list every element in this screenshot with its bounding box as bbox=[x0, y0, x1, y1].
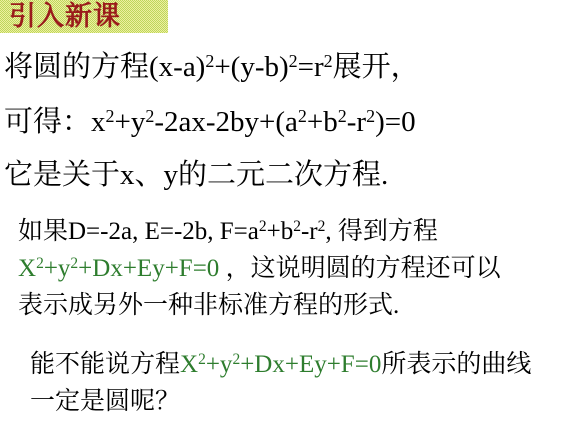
text-segment: )=0 bbox=[375, 106, 416, 138]
superscript: 2 bbox=[232, 351, 240, 368]
superscript: 2 bbox=[36, 255, 44, 272]
text-line-expanded-equation: 可得：x2+y2-2ax-2by+(a2+b2-r2)=0 bbox=[4, 107, 416, 137]
superscript: 2 bbox=[293, 218, 301, 235]
superscript: 2 bbox=[318, 218, 326, 235]
text-segment: 能不能说方程 bbox=[30, 351, 180, 378]
text-segment: 将圆的方程(x-a) bbox=[4, 51, 205, 83]
text-line-question-part1: 能不能说方程X2+y2+Dx+Ey+F=0所表示的曲线 bbox=[30, 352, 531, 378]
superscript: 2 bbox=[289, 51, 298, 71]
text-segment: +y bbox=[44, 255, 71, 282]
text-segment: +(y-b) bbox=[214, 51, 288, 83]
text-line-substitution: 如果D=-2a, E=-2b, F=a2+b2-r2, 得到方程 bbox=[18, 219, 438, 245]
text-segment: -r bbox=[301, 218, 318, 245]
text-segment: X bbox=[18, 255, 36, 282]
text-segment: +Dx+Ey+F=0 bbox=[78, 255, 219, 282]
text-line-expand-intro: 将圆的方程(x-a)2+(y-b)2=r2展开， bbox=[4, 52, 420, 82]
presentation-slide: 引入新课 将圆的方程(x-a)2+(y-b)2=r2展开， 可得：x2+y2-2… bbox=[0, 0, 570, 422]
text-segment: 展开， bbox=[333, 51, 420, 83]
text-segment: 一定是圆呢？ bbox=[30, 388, 180, 415]
superscript: 2 bbox=[70, 255, 78, 272]
text-segment: =r bbox=[298, 51, 324, 83]
text-segment: +y bbox=[115, 106, 146, 138]
text-line-question-part2: 一定是圆呢？ bbox=[30, 389, 180, 415]
superscript: 2 bbox=[338, 106, 347, 126]
text-segment: +Dx+Ey+F=0 bbox=[240, 351, 381, 378]
page-title: 引入新课 bbox=[0, 3, 121, 30]
superscript: 2 bbox=[324, 51, 333, 71]
text-segment: 可得：x bbox=[4, 106, 106, 138]
superscript: 2 bbox=[106, 106, 115, 126]
text-segment: -2ax-2by+(a bbox=[154, 106, 298, 138]
text-segment: +y bbox=[206, 351, 233, 378]
superscript: 2 bbox=[198, 351, 206, 368]
superscript: 2 bbox=[259, 218, 267, 235]
superscript: 2 bbox=[205, 51, 214, 71]
text-segment: +b bbox=[267, 218, 294, 245]
superscript: 2 bbox=[298, 106, 307, 126]
text-segment: 它是关于x、y的二元二次方程. bbox=[4, 159, 388, 191]
text-line-nonstandard-form: 表示成另外一种非标准方程的形式. bbox=[18, 293, 399, 319]
title-banner: 引入新课 bbox=[0, 0, 168, 33]
text-line-quadratic-statement: 它是关于x、y的二元二次方程. bbox=[4, 160, 388, 190]
text-segment: ，这说明圆的方程还可以 bbox=[219, 255, 500, 282]
text-segment: 表示成另外一种非标准方程的形式. bbox=[18, 292, 399, 319]
text-segment: -r bbox=[347, 106, 366, 138]
text-segment: X bbox=[180, 351, 198, 378]
text-segment: 如果D=-2a, E=-2b, F=a bbox=[18, 218, 259, 245]
text-line-general-equation: X2+y2+Dx+Ey+F=0 ，这说明圆的方程还可以 bbox=[18, 256, 501, 282]
superscript: 2 bbox=[145, 106, 154, 126]
text-segment: +b bbox=[307, 106, 338, 138]
text-segment: 所表示的曲线 bbox=[381, 351, 531, 378]
superscript: 2 bbox=[366, 106, 375, 126]
text-segment: , 得到方程 bbox=[325, 218, 438, 245]
